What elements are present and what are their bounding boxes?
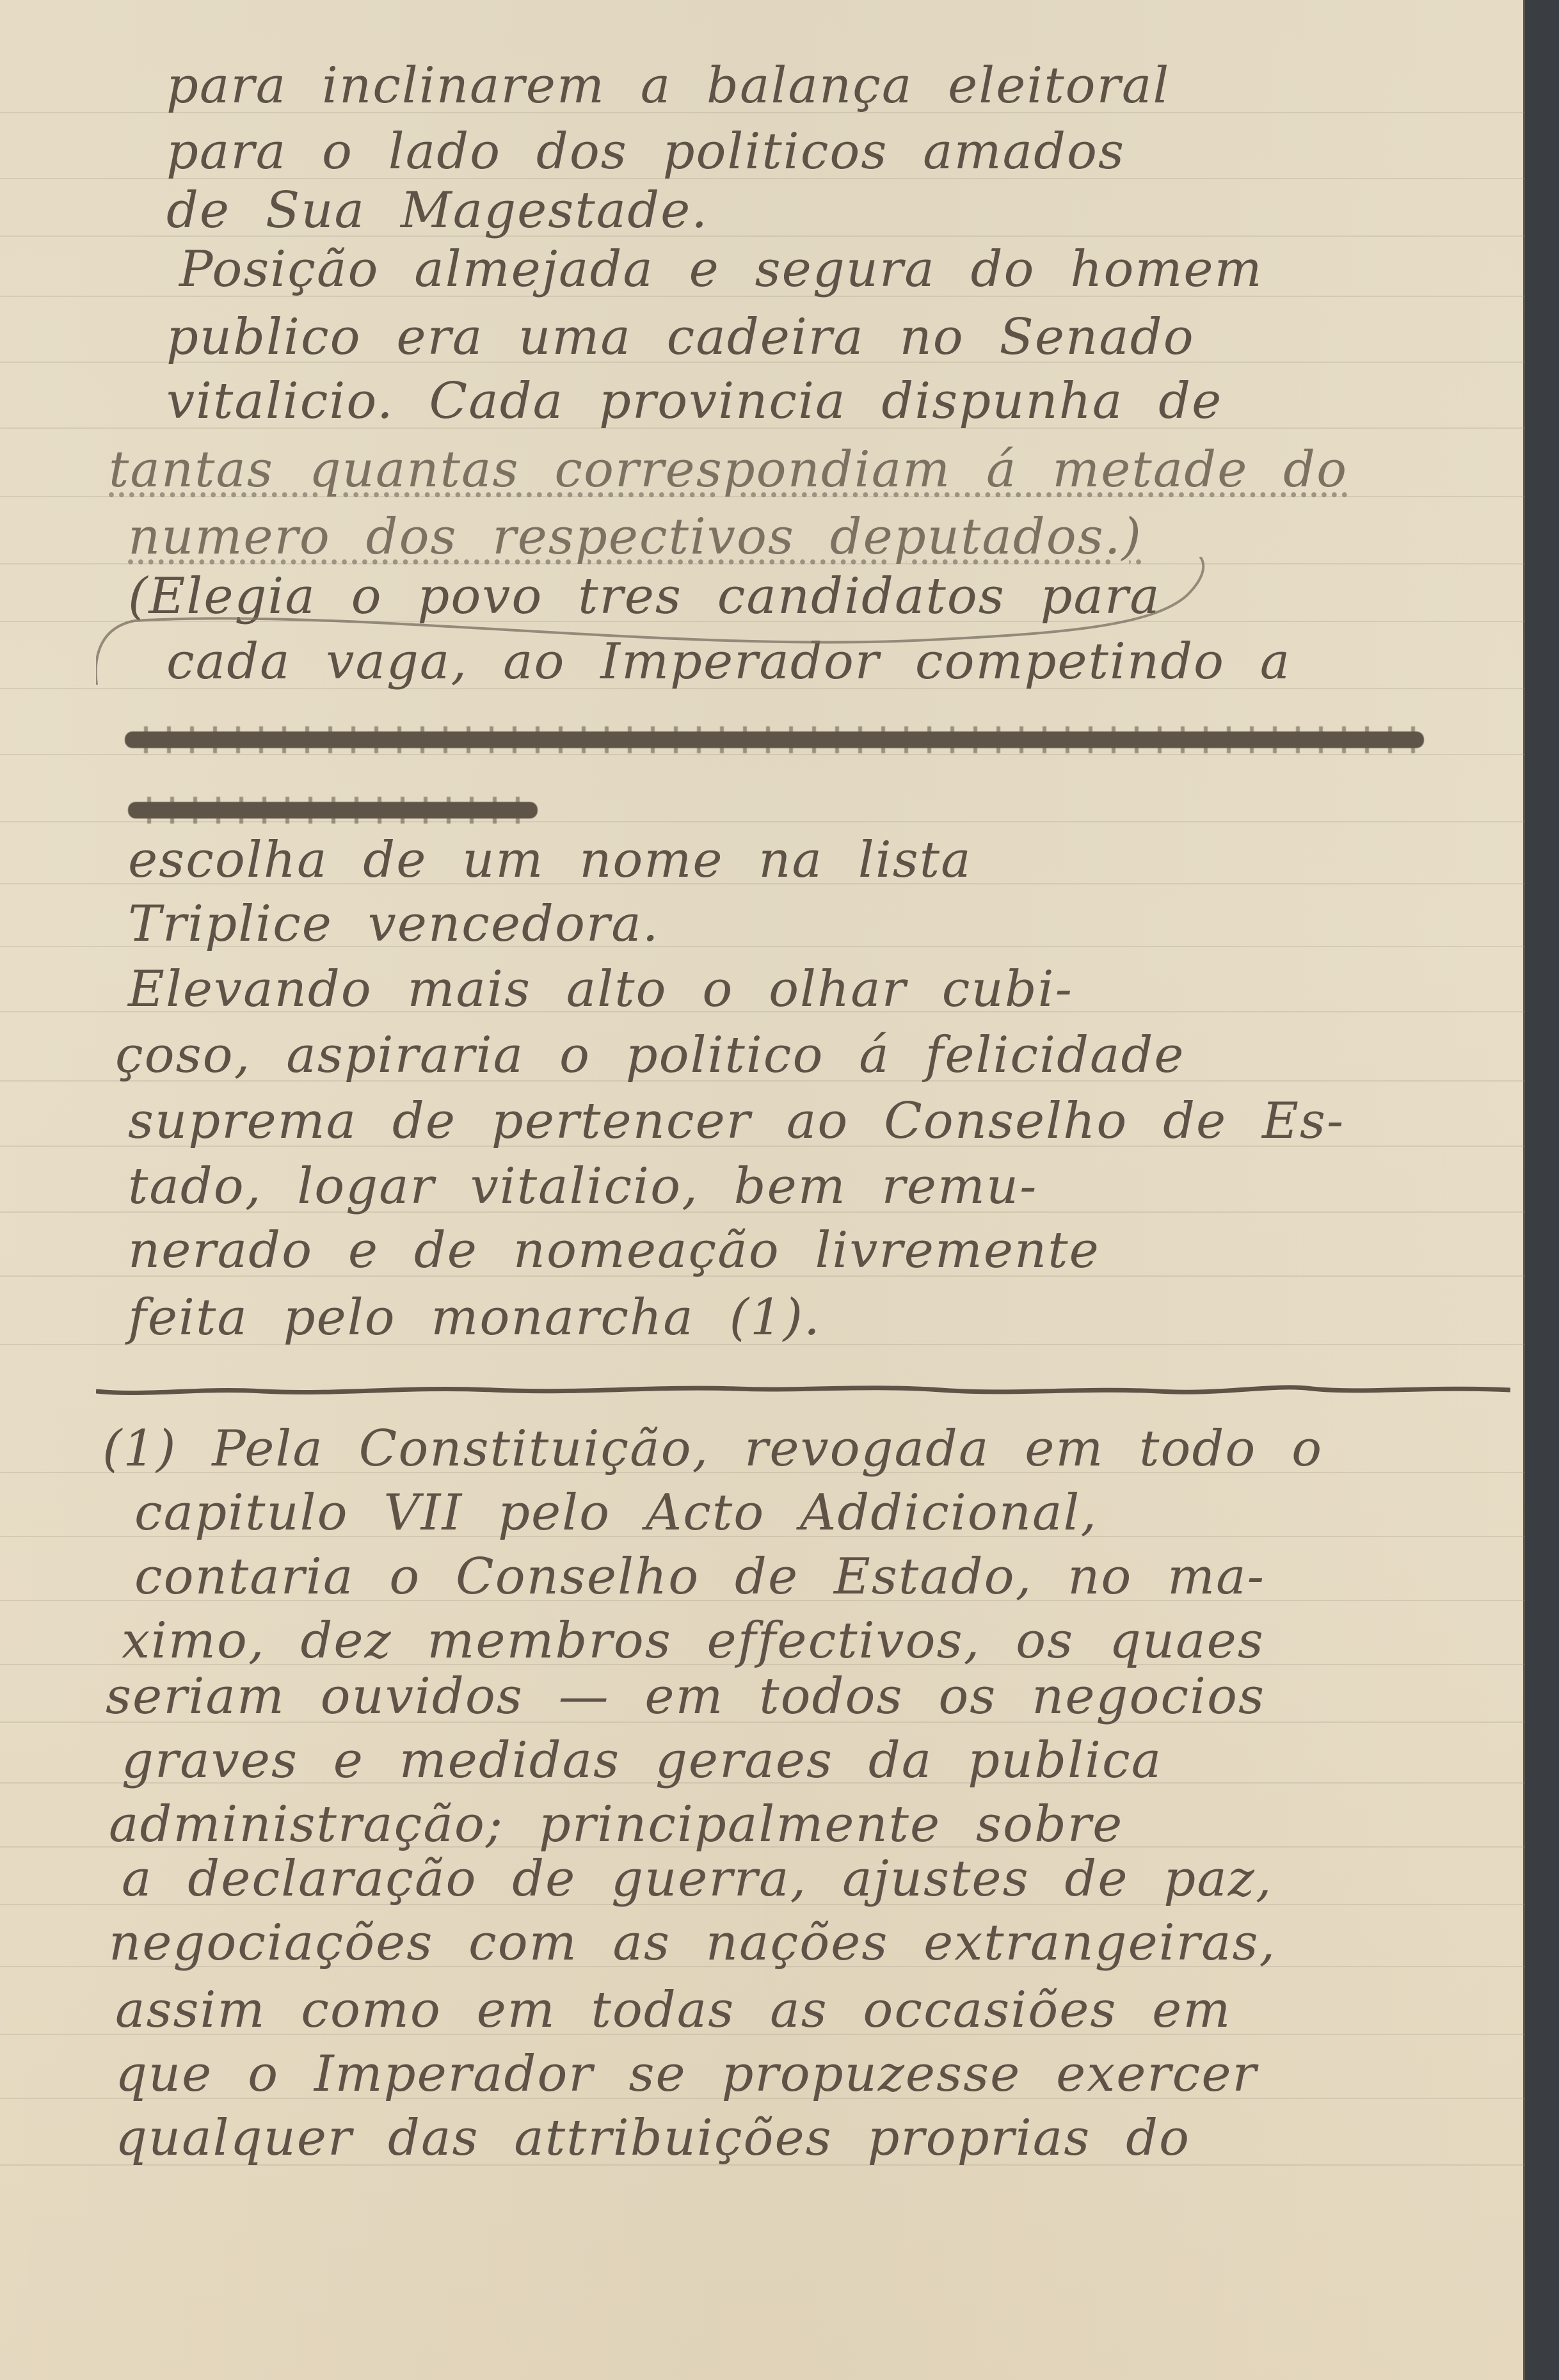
body-line: Posição almejada e segura do homem xyxy=(179,244,1263,294)
manuscript-page: para inclinarem a balança eleitoral para… xyxy=(0,0,1525,2380)
body-line: Triplice vencedora. xyxy=(128,899,660,949)
body-line: para o lado dos politicos amados xyxy=(166,127,1125,177)
struck-out-line xyxy=(125,731,1424,748)
struck-out-fragment xyxy=(128,802,538,819)
body-line: Elevando mais alto o olhar cubi- xyxy=(128,964,1073,1014)
ruled-line xyxy=(0,754,1525,755)
body-line: feita pelo monarcha (1). xyxy=(128,1293,821,1343)
footnote-line: que o Imperador se propuzesse exercer xyxy=(115,2049,1258,2099)
footnote-line: (1) Pela Constituição, revogada em todo … xyxy=(102,1424,1323,1474)
footnote-line: ximo, dez membros effectivos, os quaes xyxy=(122,1616,1265,1666)
footnote-line: contaria o Conselho de Estado, no ma- xyxy=(134,1552,1265,1602)
body-line: nerado e de nomeação livremente xyxy=(128,1226,1100,1275)
body-line: vitalicio. Cada provincia dispunha de xyxy=(166,376,1222,426)
footnote-line: seriam ouvidos — em todos os negocios xyxy=(106,1672,1265,1721)
page-border xyxy=(1527,0,1559,2380)
blank-paper-area xyxy=(0,2189,1525,2380)
footnote-line: a declaração de guerra, ajustes de paz, xyxy=(122,1854,1273,1904)
footnote-line: negociações com as nações extrangeiras, xyxy=(109,1918,1276,1968)
footnote-line: assim como em todas as occasiões em xyxy=(115,1985,1231,2035)
footnote-separator xyxy=(96,1382,1510,1402)
body-line: (Elegia o povo tres candidatos para xyxy=(128,571,1161,621)
body-line: çoso, aspiraria o politico á felicidade xyxy=(115,1030,1185,1080)
footnote-line: qualquer das attribuições proprias do xyxy=(115,2113,1190,2163)
body-line: suprema de pertencer ao Conselho de Es- xyxy=(128,1096,1345,1146)
footnote-line: graves e medidas geraes da publica xyxy=(122,1736,1162,1785)
body-line: publico era uma cadeira no Senado xyxy=(166,312,1195,362)
body-line-underlined: numero dos respectivos deputados.) xyxy=(128,512,1142,562)
body-line-underlined: tantas quantas correspondiam á metade do xyxy=(109,445,1348,495)
footnote-line: administração; principalmente sobre xyxy=(109,1800,1123,1849)
footnote-line: capitulo VII pelo Acto Addicional, xyxy=(134,1488,1098,1538)
body-line: para inclinarem a balança eleitoral xyxy=(166,61,1170,111)
body-line: de Sua Magestade. xyxy=(166,186,708,236)
body-line: escolha de um nome na lista xyxy=(128,835,972,885)
body-line: tado, logar vitalicio, bem remu- xyxy=(128,1162,1038,1211)
body-line: cada vaga, ao Imperador competindo a xyxy=(166,637,1291,687)
